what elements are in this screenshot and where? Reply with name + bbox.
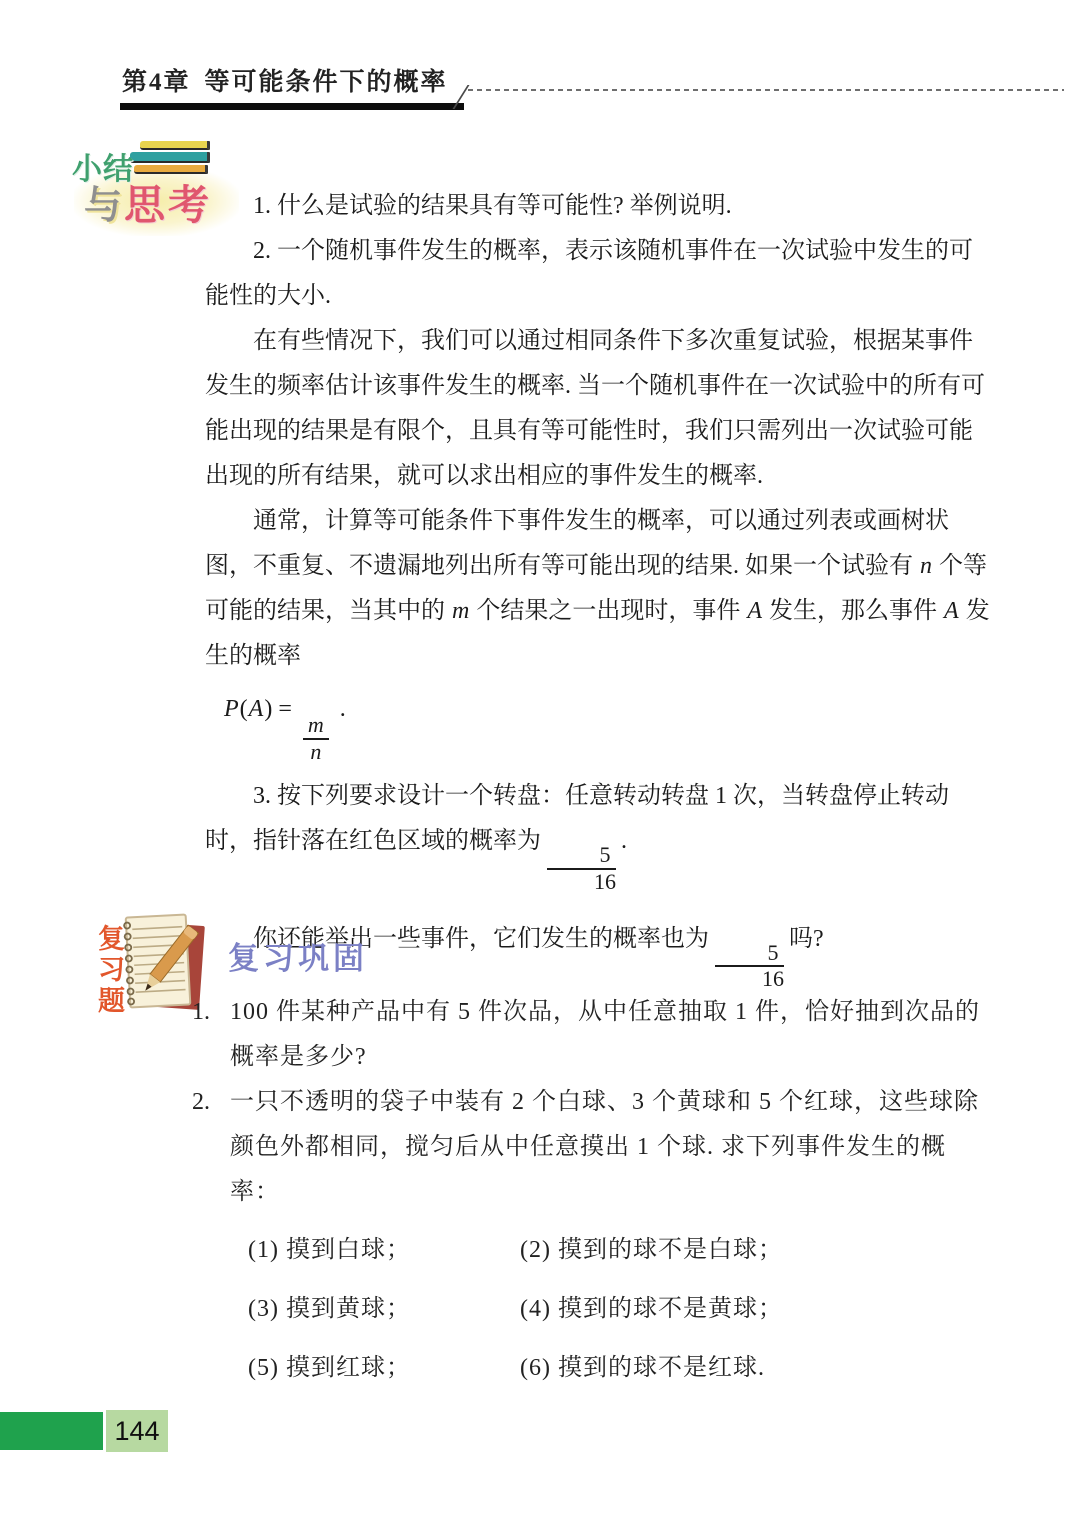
book-yellow-icon — [140, 141, 210, 150]
exercise-1: 1. 100 件某种产品中有 5 件次品，从中任意抽取 1 件，恰好抽到次品的概… — [192, 990, 992, 1080]
summary-paragraph-frequency: 在有些情况下，我们可以通过相同条件下多次重复试验，根据某事件发生的频率估计该事件… — [205, 319, 993, 499]
badge-word-yu: 与 — [84, 174, 122, 229]
subitem-row: (1) 摸到白球； (2) 摸到的球不是白球； — [248, 1228, 992, 1273]
summary-item-2: 2. 一个随机事件发生的概率，表示该随机事件在一次试验中发生的可能性的大小. — [205, 229, 993, 319]
fraction-m-n: mn — [303, 713, 329, 764]
exercise-2-subitems: (1) 摸到白球； (2) 摸到的球不是白球； (3) 摸到黄球； (4) 摸到… — [248, 1228, 992, 1391]
var-A: A — [746, 598, 763, 624]
chapter-title: 第4章等可能条件下的概率 — [120, 62, 464, 110]
summary-section: 1. 什么是试验的结果具有等可能性? 举例说明. 2. 一个随机事件发生的概率，… — [205, 184, 993, 992]
exercise-number: 1. — [192, 990, 230, 1035]
chapter-name: 等可能条件下的概率 — [205, 69, 448, 96]
page-number: 144 — [106, 1410, 168, 1452]
book-teal-icon — [130, 152, 210, 163]
exercise-text: 一只不透明的袋子中装有 2 个白球、3 个黄球和 5 个红球，这些球除颜色外都相… — [230, 1080, 992, 1215]
subitem-5: (5) 摸到红球； — [248, 1346, 520, 1391]
review-subsection-heading: 复习巩固 — [228, 933, 368, 978]
var-n: n — [919, 553, 933, 579]
summary-paragraph-equally-likely: 通常，计算等可能条件下事件发生的概率，可以通过列表或画树状图，不重复、不遗漏地列… — [205, 499, 993, 679]
exercise-text: 100 件某种产品中有 5 件次品，从中任意抽取 1 件，恰好抽到次品的概率是多… — [230, 990, 992, 1080]
review-exercise-list: 1. 100 件某种产品中有 5 件次品，从中任意抽取 1 件，恰好抽到次品的概… — [192, 990, 992, 1405]
subitem-row: (3) 摸到黄球； (4) 摸到的球不是黄球； — [248, 1287, 992, 1332]
summary-item-1: 1. 什么是试验的结果具有等可能性? 举例说明. — [205, 184, 993, 229]
subitem-4: (4) 摸到的球不是黄球； — [520, 1287, 783, 1332]
chapter-header: 第4章等可能条件下的概率 — [120, 62, 1064, 110]
subitem-3: (3) 摸到黄球； — [248, 1287, 520, 1332]
exercise-number: 2. — [192, 1080, 230, 1125]
textbook-page: 第4章等可能条件下的概率 小结 与 思考 1. 什么是试验的结果具有等可能性? … — [0, 0, 1080, 1528]
chapter-number: 第4章 — [122, 69, 191, 96]
fraction-5-16: 516 — [546, 843, 616, 894]
fraction-5-16: 516 — [714, 941, 784, 992]
subitem-row: (5) 摸到红球； (6) 摸到的球不是红球. — [248, 1346, 992, 1391]
books-stack-icon — [130, 141, 210, 174]
summary-item-3: 3. 按下列要求设计一个转盘：任意转动转盘 1 次，当转盘停止转动时，指针落在红… — [205, 774, 993, 894]
subitem-2: (2) 摸到的球不是白球； — [520, 1228, 783, 1273]
review-exercises-badge: 复习题 — [84, 910, 208, 1032]
footer-green-bar — [0, 1412, 103, 1450]
subitem-6: (6) 摸到的球不是红球. — [520, 1346, 765, 1391]
probability-formula: P(A) = mn . — [223, 687, 993, 764]
subitem-1: (1) 摸到白球； — [248, 1228, 520, 1273]
badge-word-sikao: 思考 — [124, 172, 212, 231]
var-m: m — [451, 598, 470, 624]
exercise-2: 2. 一只不透明的袋子中装有 2 个白球、3 个黄球和 5 个红球，这些球除颜色… — [192, 1080, 992, 1215]
header-dashed-rule — [468, 89, 1064, 91]
var-A: A — [943, 598, 960, 624]
